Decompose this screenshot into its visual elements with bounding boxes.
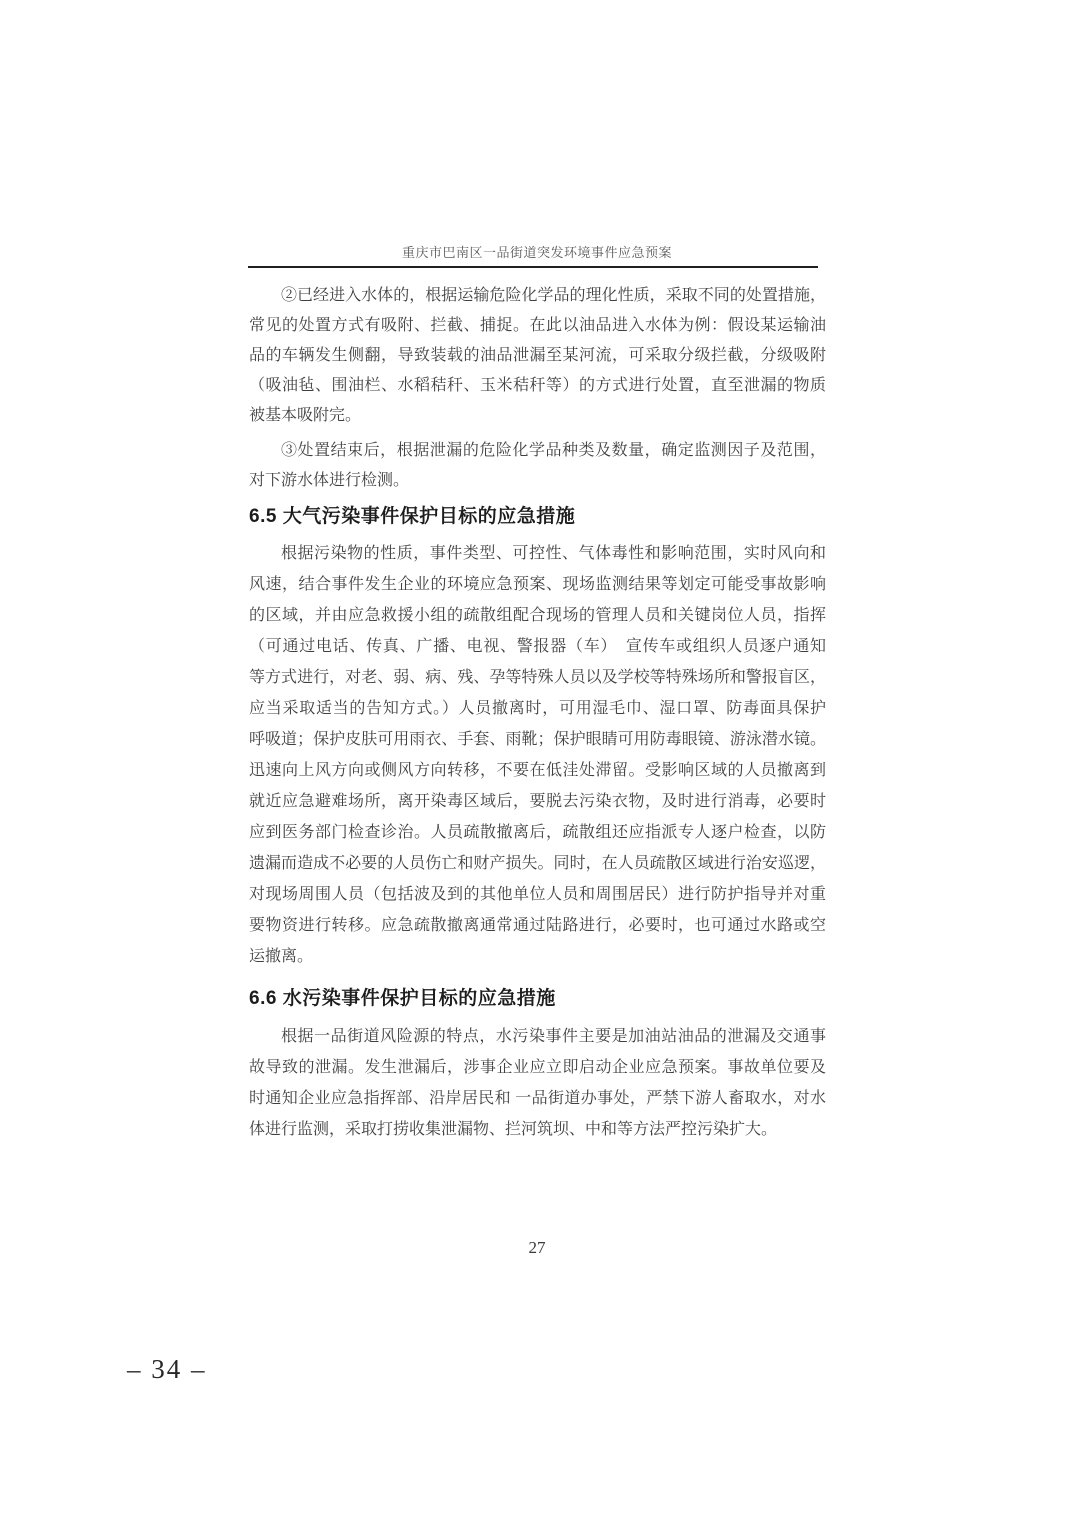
body-line: 迅速向上风方向或侧风方向转移，不要在低洼处滞留。受影响区域的人员撤离到 xyxy=(249,755,826,786)
body-line: 品的车辆发生侧翻，导致装载的油品泄漏至某河流，可采取分级拦截，分级吸附 xyxy=(249,341,826,371)
section-heading-6-6: 6.6 水污染事件保护目标的应急措施 xyxy=(249,986,826,1012)
paragraph-water-pollution: 根据一品街道风险源的特点，水污染事件主要是加油站油品的泄漏及交通事 故导致的泄漏… xyxy=(249,1021,826,1145)
section-heading-6-5: 6.5 大气污染事件保护目标的应急措施 xyxy=(249,504,826,530)
body-line: ②已经进入水体的，根据运输危险化学品的理化性质，采取不同的处置措施， xyxy=(249,281,826,311)
footer-page-label: – 34 – xyxy=(127,1354,207,1385)
body-line: ③处置结束后，根据泄漏的危险化学品种类及数量，确定监测因子及范围， xyxy=(249,436,826,466)
body-line: 常见的处置方式有吸附、拦截、捕捉。在此以油品进入水体为例：假设某运输油 xyxy=(249,311,826,341)
paragraph-monitoring: ③处置结束后，根据泄漏的危险化学品种类及数量，确定监测因子及范围， 对下游水体进… xyxy=(249,436,826,496)
body-line: 的区域，并由应急救援小组的疏散组配合现场的管理人员和关键岗位人员，指挥 xyxy=(249,600,826,631)
running-header-title: 重庆市巴南区一品街道突发环境事件应急预案 xyxy=(0,242,1074,261)
body-line: 时通知企业应急指挥部、沿岸居民和 一品街道办事处，严禁下游人畜取水，对水 xyxy=(249,1083,826,1114)
body-line: 运撤离。 xyxy=(249,941,826,972)
page-number: 27 xyxy=(0,1238,1074,1258)
page-content: ②已经进入水体的，根据运输危险化学品的理化性质，采取不同的处置措施， 常见的处置… xyxy=(249,281,826,1145)
body-line: 呼吸道；保护皮肤可用雨衣、手套、雨靴；保护眼睛可用防毒眼镜、游泳潜水镜。 xyxy=(249,724,826,755)
body-line: （吸油毡、围油栏、水稻秸秆、玉米秸秆等）的方式进行处置，直至泄漏的物质 xyxy=(249,371,826,401)
body-line: 遗漏而造成不必要的人员伤亡和财产损失。同时，在人员疏散区域进行治安巡逻， xyxy=(249,848,826,879)
paragraph-air-pollution: 根据污染物的性质，事件类型、可控性、气体毒性和影响范围，实时风向和 风速，结合事… xyxy=(249,538,826,972)
body-line: 对下游水体进行检测。 xyxy=(249,466,826,496)
body-line: 应当采取适当的告知方式。）人员撤离时，可用湿毛巾、湿口罩、防毒面具保护 xyxy=(249,693,826,724)
body-line: 体进行监测，采取打捞收集泄漏物、拦河筑坝、中和等方法严控污染扩大。 xyxy=(249,1114,826,1145)
document-page: 重庆市巴南区一品街道突发环境事件应急预案 ②已经进入水体的，根据运输危险化学品的… xyxy=(0,0,1074,1520)
paragraph-water-entry: ②已经进入水体的，根据运输危险化学品的理化性质，采取不同的处置措施， 常见的处置… xyxy=(249,281,826,431)
header-rule xyxy=(248,266,818,268)
body-line: （可通过电话、传真、广播、电视、警报器（车） 宣传车或组织人员逐户通知 xyxy=(249,631,826,662)
body-line: 应到医务部门检查诊治。人员疏散撤离后，疏散组还应指派专人逐户检查，以防 xyxy=(249,817,826,848)
body-line: 根据一品街道风险源的特点，水污染事件主要是加油站油品的泄漏及交通事 xyxy=(249,1021,826,1052)
body-line: 等方式进行，对老、弱、病、残、孕等特殊人员以及学校等特殊场所和警报盲区， xyxy=(249,662,826,693)
body-line: 要物资进行转移。应急疏散撤离通常通过陆路进行，必要时，也可通过水路或空 xyxy=(249,910,826,941)
body-line: 对现场周围人员（包括波及到的其他单位人员和周围居民）进行防护指导并对重 xyxy=(249,879,826,910)
body-line: 风速，结合事件发生企业的环境应急预案、现场监测结果等划定可能受事故影响 xyxy=(249,569,826,600)
body-line: 就近应急避难场所，离开染毒区域后，要脱去污染衣物，及时进行消毒，必要时 xyxy=(249,786,826,817)
body-line: 被基本吸附完。 xyxy=(249,401,826,431)
body-line: 故导致的泄漏。发生泄漏后，涉事企业应立即启动企业应急预案。事故单位要及 xyxy=(249,1052,826,1083)
body-line: 根据污染物的性质，事件类型、可控性、气体毒性和影响范围，实时风向和 xyxy=(249,538,826,569)
